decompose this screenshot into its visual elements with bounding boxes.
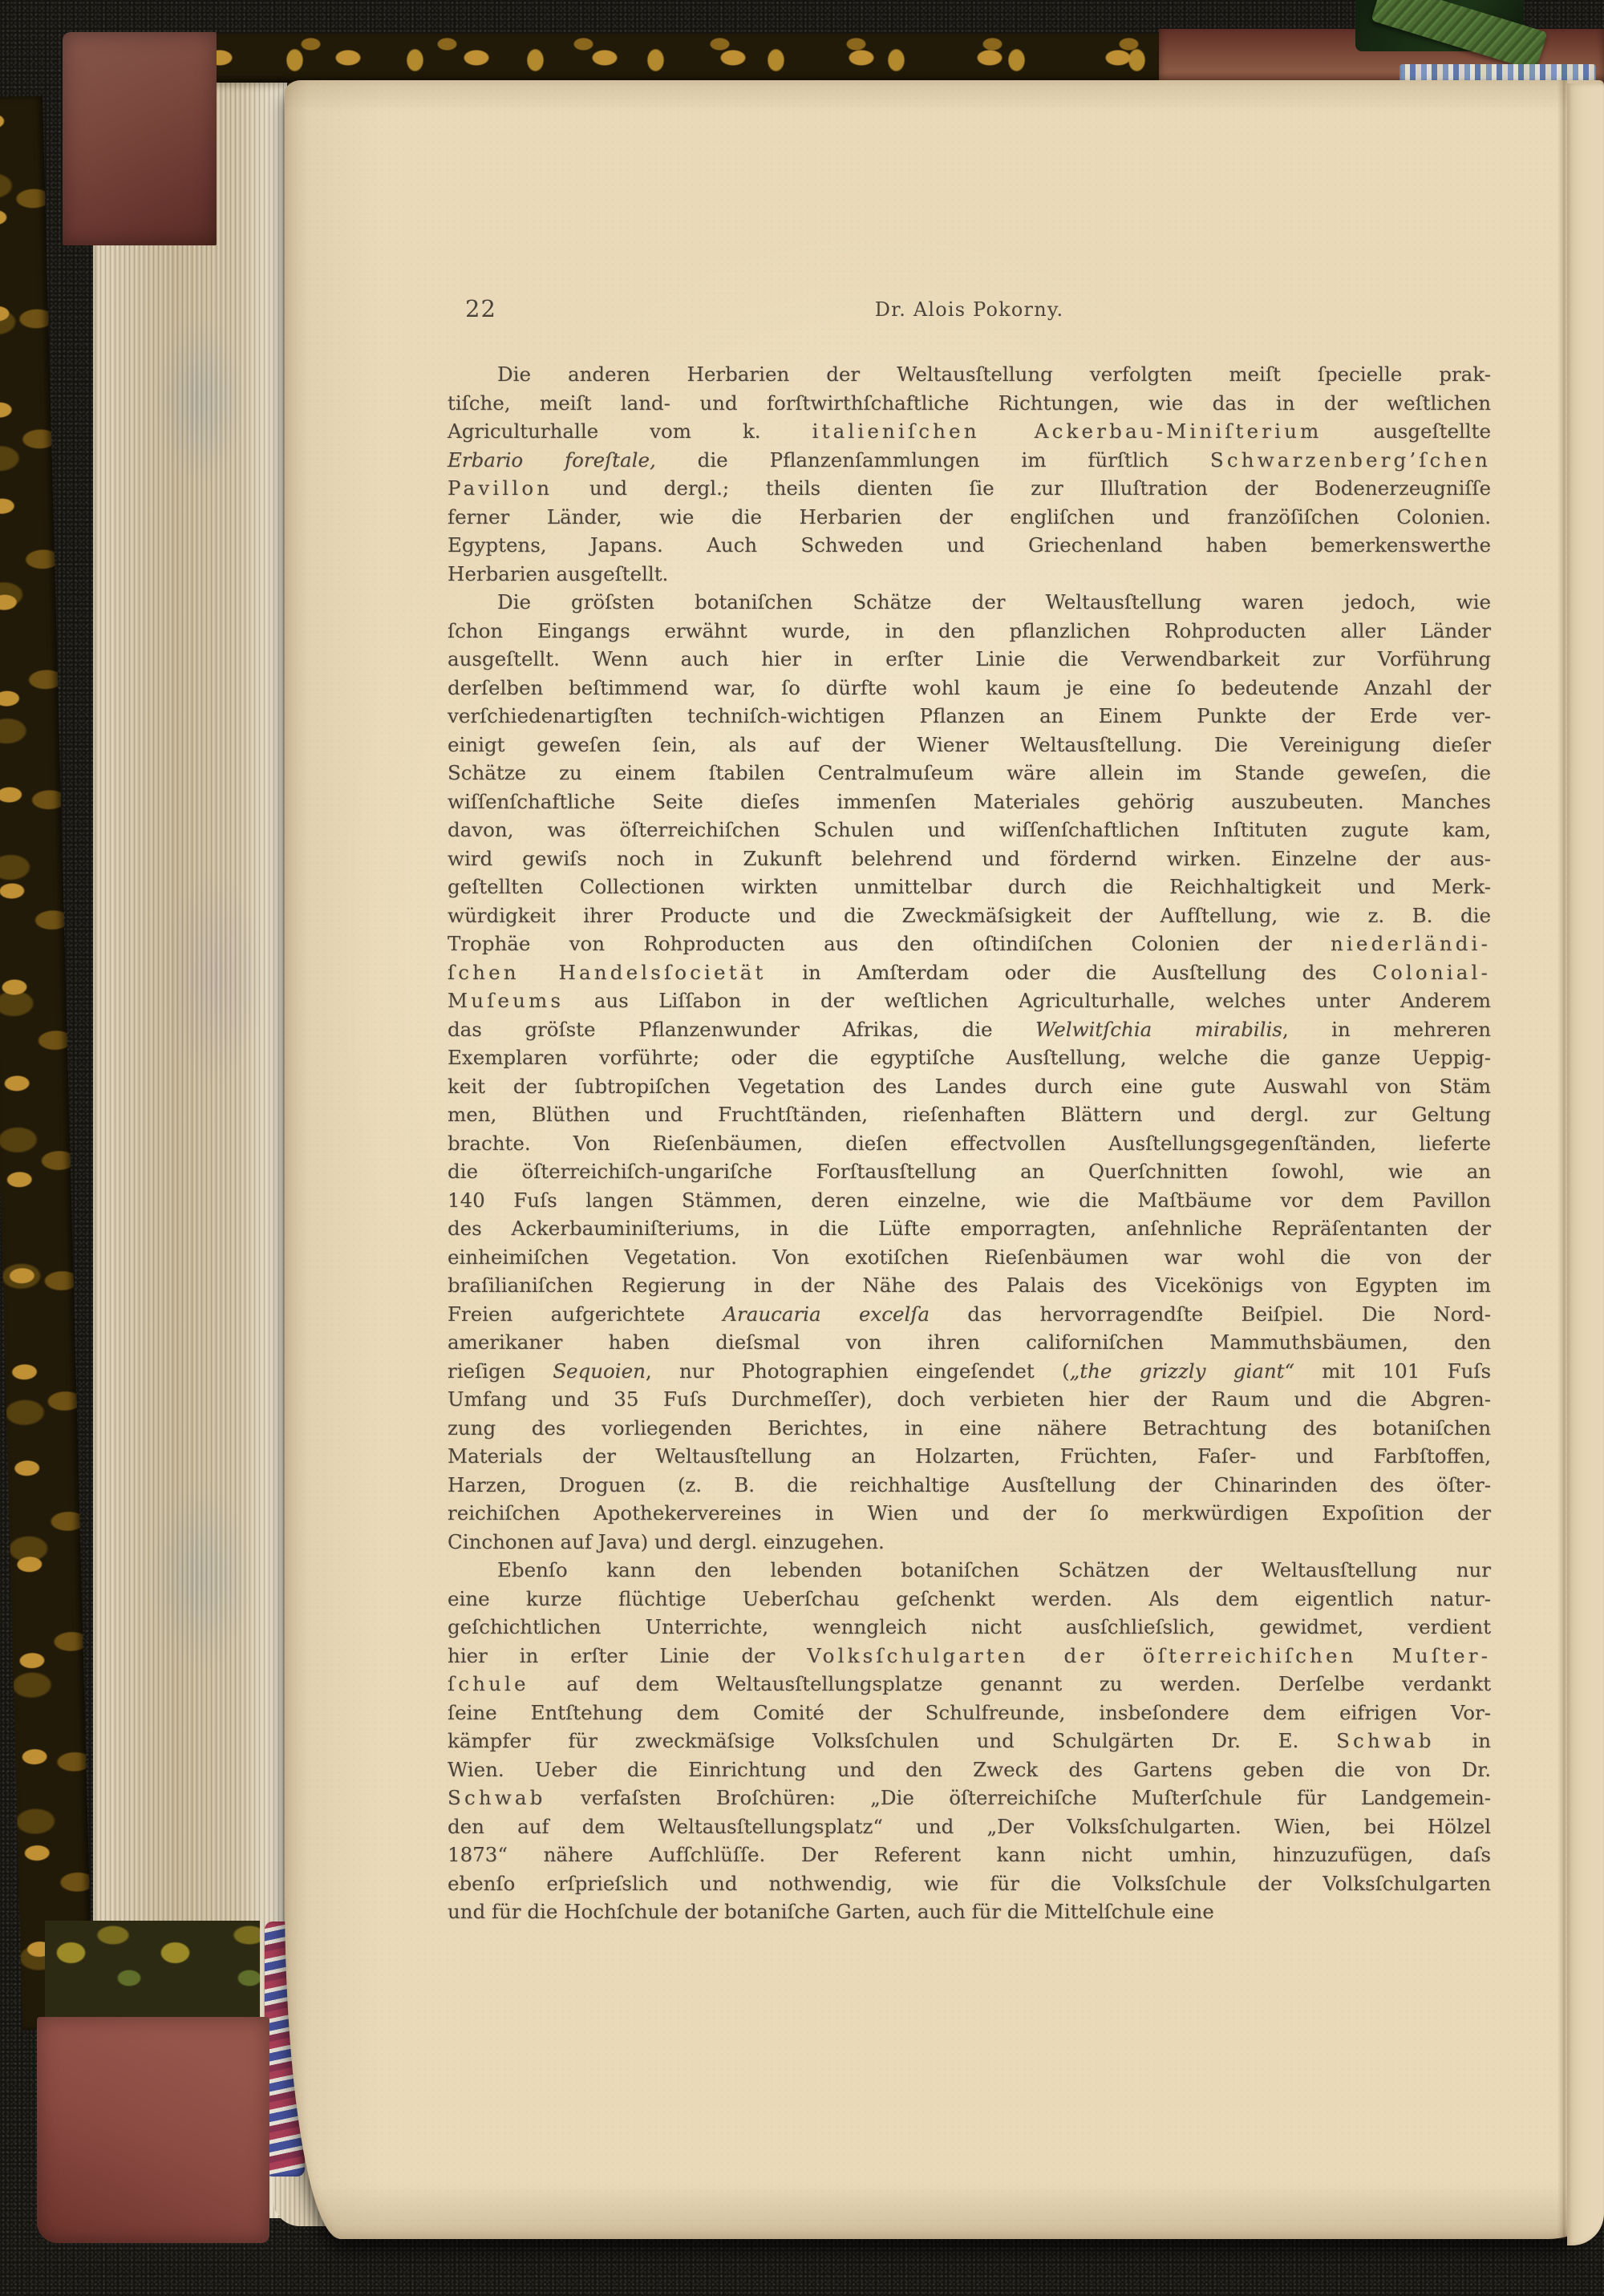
text-segment: ſeine Entſtehung dem Comité der Schulfre… (448, 1701, 1491, 1724)
text-segment: 140 Fuſs langen Stämmen, deren einzelne,… (448, 1188, 1491, 1212)
text-segment: Ebenſo kann den lebenden botaniſchen Sch… (497, 1558, 1491, 1581)
text-segment: mit 101 Fuſs (1294, 1359, 1491, 1383)
text-segment: Egyptens, Japans. Auch Schweden und Grie… (448, 533, 1491, 557)
text-line: davon, was öſterreichiſchen Schulen und … (448, 816, 1491, 844)
text-segment: in Amſterdam oder die Ausſtellung des (767, 961, 1373, 984)
text-segment: , nur Photographien eingeſendet ( (646, 1359, 1070, 1383)
letterspaced-text: italieniſchen Ackerbau-Miniſterium (812, 419, 1322, 443)
text-segment: brachte. Von Rieſenbäumen, dieſen effect… (448, 1132, 1491, 1155)
text-line: Erbario foreſtale, die Pflanzenſammlunge… (448, 446, 1491, 475)
page-fore-edge-stack (93, 79, 287, 2218)
text-line: würdigkeit ihrer Producte und die Zweckm… (448, 901, 1491, 930)
text-segment: das hervorragendſte Beiſpiel. Die Nord- (930, 1302, 1491, 1326)
text-segment: geſtellten Collectionen wirkten unmittel… (448, 875, 1491, 898)
italic-text: „the grizzly giant“ (1070, 1359, 1294, 1383)
text-segment: , in mehreren (1282, 1018, 1491, 1041)
paragraph: Die anderen Herbarien der Weltausſtellun… (448, 360, 1491, 588)
letterspaced-text: ſchen Handelsſocietät (448, 961, 767, 984)
text-line: Ebenſo kann den lebenden botaniſchen Sch… (448, 1556, 1491, 1585)
text-segment: Freien aufgerichtete (448, 1302, 723, 1326)
book-cover-marbled-bottom-left (45, 1921, 260, 2025)
text-line: verſchiedenartigſten techniſch-wichtigen… (448, 702, 1491, 731)
letterspaced-text: Volksſchulgarten der öſterreichiſchen Mu… (807, 1644, 1491, 1667)
text-line: ſchon Eingangs erwähnt wurde, in den pfl… (448, 617, 1491, 646)
letterspaced-text: Schwab (448, 1786, 546, 1809)
text-line: und für die Hochſchule der botaniſche Ga… (448, 1897, 1491, 1926)
text-segment: aus Liſſabon in der weſtlichen Agricultu… (564, 989, 1491, 1012)
text-line: Trophäe von Rohproducten aus den oſtindi… (448, 929, 1491, 958)
text-segment: den auf dem Weltausſtellungsplatz“ und „… (448, 1815, 1491, 1838)
text-line: hier in erſter Linie der Volksſchulgarte… (448, 1642, 1491, 1670)
text-segment: kämpfer für zweckmäſsige Volksſchulen un… (448, 1729, 1336, 1752)
text-segment: Agriculturhalle vom k. (448, 419, 812, 443)
text-line: reichiſchen Apothekervereines in Wien un… (448, 1499, 1491, 1528)
letterspaced-text: Colonial- (1372, 961, 1491, 984)
scanned-book-photo: 22 Dr. Alois Pokorny. Die anderen Herbar… (0, 0, 1604, 2296)
text-segment: das gröſste Pflanzenwunder Afrikas, die (448, 1018, 1035, 1041)
book-cover-marbled-top (72, 34, 1165, 83)
text-segment: in (1435, 1729, 1491, 1752)
text-segment: ferner Länder, wie die Herbarien der eng… (448, 505, 1491, 528)
text-line: einheimiſchen Vegetation. Von exotiſchen… (448, 1243, 1491, 1272)
text-segment: einheimiſchen Vegetation. Von exotiſchen… (448, 1245, 1491, 1269)
text-segment: würdigkeit ihrer Producte und die Zweckm… (448, 904, 1491, 927)
text-line: Muſeums aus Liſſabon in der weſtlichen A… (448, 986, 1491, 1015)
paragraph: Die gröſsten botaniſchen Schätze der Wel… (448, 588, 1491, 1556)
letterspaced-text: Pavillon (448, 476, 553, 500)
text-segment: die Pflanzenſammlungen im fürſtlich (656, 448, 1210, 472)
text-segment: davon, was öſterreichiſchen Schulen und … (448, 818, 1491, 841)
text-line: men, Blüthen und Fruchtſtänden, rieſenha… (448, 1100, 1491, 1129)
italic-text: Sequoien (553, 1359, 646, 1383)
text-segment: wird gewiſs noch in Zukunft belehrend un… (448, 847, 1491, 870)
page-header-row: 22 Dr. Alois Pokorny. (448, 294, 1491, 327)
body-text: Die anderen Herbarien der Weltausſtellun… (448, 360, 1491, 1926)
text-segment: Die gröſsten botaniſchen Schätze der Wel… (497, 590, 1491, 613)
text-line: Die anderen Herbarien der Weltausſtellun… (448, 360, 1491, 389)
letterspaced-text: niederländi- (1331, 932, 1491, 955)
text-segment: Die anderen Herbarien der Weltausſtellun… (497, 362, 1491, 386)
text-line: kämpfer für zweckmäſsige Volksſchulen un… (448, 1727, 1491, 1755)
text-line: Die gröſsten botaniſchen Schätze der Wel… (448, 588, 1491, 617)
text-line: 140 Fuſs langen Stämmen, deren einzelne,… (448, 1186, 1491, 1215)
text-segment: ausgeſtellte (1322, 419, 1491, 443)
text-segment: amerikaner haben dieſsmal von ihren cali… (448, 1330, 1491, 1354)
text-line: Exemplaren vorführte; oder die egyptiſch… (448, 1043, 1491, 1072)
text-line: Harzen, Droguen (z. B. die reichhaltige … (448, 1471, 1491, 1500)
text-segment: geſchichtlichen Unterrichte, wenngleich … (448, 1615, 1491, 1638)
text-line: den auf dem Weltausſtellungsplatz“ und „… (448, 1812, 1491, 1841)
text-segment: ebenſo erſprieſslich und nothwendig, wie… (448, 1872, 1491, 1895)
text-segment: eine kurze flüchtige Ueberſchau geſchenk… (448, 1587, 1491, 1610)
text-segment: keit der ſubtropiſchen Vegetation des La… (448, 1075, 1491, 1098)
text-segment: Harzen, Droguen (z. B. die reichhaltige … (448, 1473, 1491, 1496)
text-line: amerikaner haben dieſsmal von ihren cali… (448, 1328, 1491, 1357)
letterspaced-text: Muſeums (448, 989, 564, 1012)
text-line: das gröſste Pflanzenwunder Afrikas, die … (448, 1015, 1491, 1044)
paragraph: Ebenſo kann den lebenden botaniſchen Sch… (448, 1556, 1491, 1926)
text-line: Agriculturhalle vom k. italieniſchen Ack… (448, 417, 1491, 446)
text-line: 1873“ nähere Aufſchlüſſe. Der Referent k… (448, 1840, 1491, 1869)
text-line: Schwab verfaſsten Broſchüren: „Die öſter… (448, 1784, 1491, 1812)
text-segment: men, Blüthen und Fruchtſtänden, rieſenha… (448, 1103, 1491, 1126)
text-line: Freien aufgerichtete Araucaria excelſa d… (448, 1300, 1491, 1329)
text-segment: und dergl.; theils dienten ſie zur Illuſ… (553, 476, 1491, 500)
text-segment: Exemplaren vorführte; oder die egyptiſch… (448, 1046, 1491, 1069)
text-line: Pavillon und dergl.; theils dienten ſie … (448, 474, 1491, 503)
text-line: ausgeſtellt. Wenn auch hier in erſter Li… (448, 645, 1491, 674)
text-line: derſelben beſtimmend war, ſo dürfte wohl… (448, 674, 1491, 703)
text-segment: 1873“ nähere Aufſchlüſſe. Der Referent k… (448, 1843, 1491, 1866)
leather-corner-bottom-left (37, 2017, 269, 2243)
text-line: wird gewiſs noch in Zukunft belehrend un… (448, 844, 1491, 873)
text-segment: verſchiedenartigſten techniſch-wichtigen… (448, 704, 1491, 727)
text-line: Egyptens, Japans. Auch Schweden und Grie… (448, 531, 1491, 560)
text-line: zung des vorliegenden Berichtes, in eine… (448, 1414, 1491, 1443)
text-line: keit der ſubtropiſchen Vegetation des La… (448, 1072, 1491, 1101)
text-segment: des Ackerbauminiſteriums, in die Lüfte e… (448, 1217, 1491, 1240)
text-segment: Trophäe von Rohproducten aus den oſtindi… (448, 932, 1331, 955)
text-line: Wien. Ueber die Einrichtung und den Zwec… (448, 1755, 1491, 1784)
italic-text: Welwitſchia mirabilis (1035, 1018, 1282, 1041)
book-page: 22 Dr. Alois Pokorny. Die anderen Herbar… (285, 80, 1604, 2239)
text-segment: ausgeſtellt. Wenn auch hier in erſter Li… (448, 647, 1491, 670)
letterspaced-text: ſchule (448, 1672, 529, 1695)
text-line: braſilianiſchen Regierung in der Nähe de… (448, 1271, 1491, 1300)
text-line: geſtellten Collectionen wirkten unmittel… (448, 873, 1491, 901)
leather-corner-top-left (63, 32, 217, 245)
text-segment: Materials der Weltausſtellung an Holzart… (448, 1444, 1491, 1468)
text-line: ſchen Handelsſocietät in Amſterdam oder … (448, 958, 1491, 987)
text-line: wiſſenſchaftliche Seite dieſes immenſen … (448, 788, 1491, 816)
page-number: 22 (465, 295, 496, 322)
text-segment: Wien. Ueber die Einrichtung und den Zwec… (448, 1758, 1491, 1781)
text-line: Umfang und 35 Fuſs Durchmeſſer), doch ve… (448, 1385, 1491, 1414)
text-line: geſchichtlichen Unterrichte, wenngleich … (448, 1613, 1491, 1642)
text-line: einigt geweſen ſein, als auf der Wiener … (448, 731, 1491, 759)
italic-text: Erbario foreſtale, (448, 448, 656, 472)
text-line: ſeine Entſtehung dem Comité der Schulfre… (448, 1699, 1491, 1727)
text-line: brachte. Von Rieſenbäumen, dieſen effect… (448, 1129, 1491, 1158)
text-line: ferner Länder, wie die Herbarien der eng… (448, 503, 1491, 532)
letterspaced-text: Schwarzenberg’ſchen (1210, 448, 1491, 472)
text-segment: tiſche, meiſt land- und forſtwirthſchaft… (448, 391, 1491, 415)
text-segment: auf dem Weltausſtellungsplatze genannt z… (529, 1672, 1491, 1695)
text-line: Cinchonen auf Java) und dergl. einzugehe… (448, 1528, 1491, 1557)
text-segment: ſchon Eingangs erwähnt wurde, in den pfl… (448, 619, 1491, 642)
text-line: die öſterreichiſch-ungariſche Forſtausſt… (448, 1157, 1491, 1186)
text-segment: zung des vorliegenden Berichtes, in eine… (448, 1416, 1491, 1440)
letterspaced-text: Schwab (1336, 1729, 1435, 1752)
text-segment: reichiſchen Apothekervereines in Wien un… (448, 1501, 1491, 1525)
text-segment: die öſterreichiſch-ungariſche Forſtausſt… (448, 1160, 1491, 1183)
text-line: Materials der Weltausſtellung an Holzart… (448, 1442, 1491, 1471)
text-line: eine kurze flüchtige Ueberſchau geſchenk… (448, 1585, 1491, 1614)
text-line: ebenſo erſprieſslich und nothwendig, wie… (448, 1869, 1491, 1898)
text-line: rieſigen Sequoien, nur Photographien ein… (448, 1357, 1491, 1386)
text-segment: hier in erſter Linie der (448, 1644, 807, 1667)
text-line: Schätze zu einem ſtabilen Centralmuſeum … (448, 759, 1491, 788)
text-segment: Umfang und 35 Fuſs Durchmeſſer), doch ve… (448, 1387, 1491, 1411)
text-segment: Herbarien ausgeſtellt. (448, 562, 668, 585)
text-segment: derſelben beſtimmend war, ſo dürfte wohl… (448, 676, 1491, 699)
next-page-edge (1567, 83, 1604, 2245)
italic-text: Araucaria excelſa (723, 1302, 930, 1326)
text-segment: braſilianiſchen Regierung in der Nähe de… (448, 1274, 1491, 1297)
text-segment: Schätze zu einem ſtabilen Centralmuſeum … (448, 761, 1491, 784)
text-segment: Cinchonen auf Java) und dergl. einzugehe… (448, 1530, 885, 1553)
text-line: Herbarien ausgeſtellt. (448, 560, 1491, 589)
text-segment: und für die Hochſchule der botaniſche Ga… (448, 1900, 1214, 1923)
text-segment: wiſſenſchaftliche Seite dieſes immenſen … (448, 790, 1491, 813)
text-segment: verfaſsten Broſchüren: „Die öſterreichiſ… (546, 1786, 1491, 1809)
text-segment: rieſigen (448, 1359, 553, 1383)
running-header: Dr. Alois Pokorny. (448, 294, 1491, 321)
text-line: ſchule auf dem Weltausſtellungsplatze ge… (448, 1670, 1491, 1699)
text-line: tiſche, meiſt land- und forſtwirthſchaft… (448, 389, 1491, 418)
text-segment: einigt geweſen ſein, als auf der Wiener … (448, 733, 1491, 756)
text-line: des Ackerbauminiſteriums, in die Lüfte e… (448, 1214, 1491, 1243)
